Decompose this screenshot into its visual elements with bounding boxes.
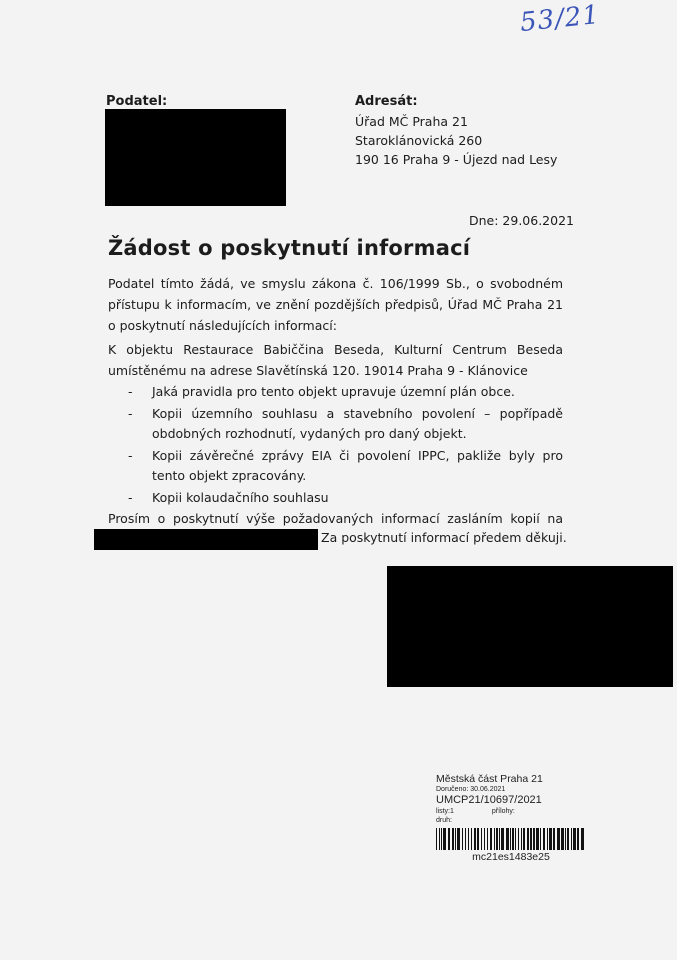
intro-paragraph: Podatel tímto žádá, ve smyslu zákona č. … bbox=[108, 273, 563, 336]
document-title: Žádost o poskytnutí informací bbox=[108, 236, 470, 260]
document-date: Dne: 29.06.2021 bbox=[469, 213, 574, 228]
recipient-line: Úřad MČ Praha 21 bbox=[355, 112, 557, 131]
stamp-type: druh: bbox=[436, 816, 596, 825]
sender-label: Podatel: bbox=[106, 94, 167, 109]
request-list: Jaká pravidla pro tento objekt upravuje … bbox=[108, 382, 563, 510]
recipient-line: 190 16 Praha 9 - Újezd nad Lesy bbox=[355, 150, 557, 169]
list-item: Jaká pravidla pro tento objekt upravuje … bbox=[108, 382, 563, 402]
list-item: Kopii závěrečné zprávy EIA či povolení I… bbox=[108, 446, 563, 486]
recipient-label: Adresát: bbox=[355, 94, 418, 109]
stamp-sheets: listy:1 bbox=[436, 807, 454, 816]
list-item: Kopii územního souhlasu a stavebního pov… bbox=[108, 404, 563, 444]
stamp-organization: Městská část Praha 21 bbox=[436, 773, 596, 785]
stamp-delivered-date: Doručeno: 30.06.2021 bbox=[436, 785, 596, 794]
list-item: Kopii kolaudačního souhlasu bbox=[108, 488, 563, 508]
recipient-address: Úřad MČ Praha 21 Staroklánovická 260 190… bbox=[355, 112, 557, 169]
barcode-icon bbox=[436, 828, 586, 850]
stamp-reference-number: UMCP21/10697/2021 bbox=[436, 794, 596, 807]
barcode-text: mc21es1483e25 bbox=[436, 851, 586, 863]
handwritten-registry-number: 53/21 bbox=[519, 0, 602, 38]
thanks-text: Za poskytnutí informací předem děkuji. bbox=[321, 530, 567, 545]
recipient-line: Staroklánovická 260 bbox=[355, 131, 557, 150]
redacted-sender-block bbox=[105, 109, 286, 206]
registry-stamp: Městská část Praha 21 Doručeno: 30.06.20… bbox=[436, 773, 596, 863]
object-paragraph: K objektu Restaurace Babiččina Beseda, K… bbox=[108, 339, 563, 381]
redacted-signature bbox=[387, 566, 673, 687]
redacted-address bbox=[94, 529, 318, 550]
stamp-attachments: přílohy: bbox=[492, 807, 515, 816]
